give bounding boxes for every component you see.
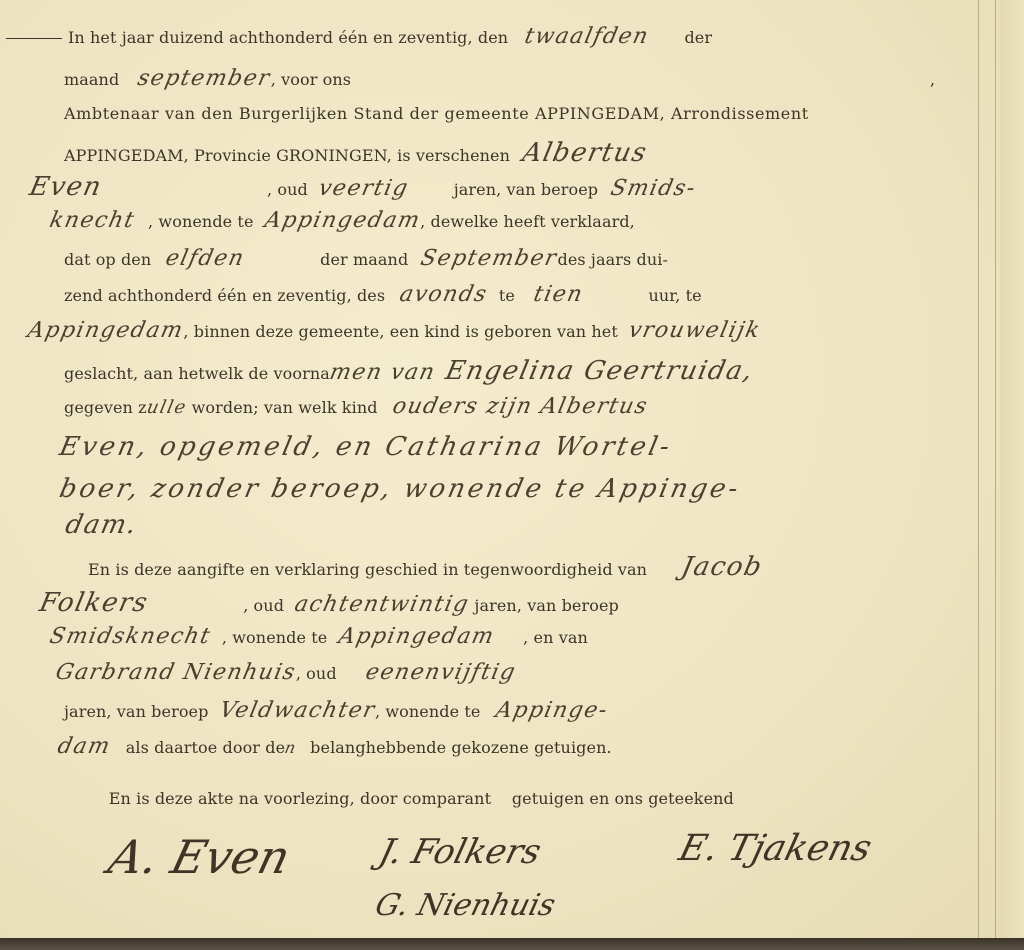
printed-text: jaren, van beroep [64, 702, 208, 721]
page-margin-line [978, 0, 979, 938]
record-line-19: jaren, van beroep Veldwachter, wonende t… [64, 698, 607, 723]
handwritten-residence: Appingedam [262, 208, 423, 233]
handwritten-witness1-surname: Folkers [37, 588, 151, 618]
printed-text: , en van [523, 628, 588, 647]
printed-text: , oud [296, 664, 337, 683]
signature-declarant: A. Even [103, 830, 295, 884]
handwritten-child-names: Engelina Geertruida, [443, 356, 757, 386]
record-line-2: maand september, voor ons [64, 66, 351, 91]
printed-text: zend achthonderd één en zeventig, des [64, 286, 385, 305]
printed-text: uur, te [648, 286, 701, 305]
handwritten-residence-cont: dam. [63, 510, 140, 540]
handwritten-residence-cont: dam [55, 734, 113, 759]
record-line-4: APPINGEDAM, Provincie GRONINGEN, is vers… [64, 138, 647, 168]
handwritten-sex: vrouwelijk [626, 318, 763, 343]
printed-text: , binnen deze gemeente, een kind is gebo… [183, 322, 617, 341]
handwritten-text: men van [327, 360, 438, 385]
handwritten-birth-month: September [419, 246, 560, 271]
signature-witness-2: G. Nienhuis [372, 888, 559, 923]
handwritten-occupation-cont: knecht [47, 208, 137, 233]
printed-text: En is deze aangifte en verklaring geschi… [88, 560, 647, 579]
record-line-16: Folkers , oud achtentwintig jaren, van b… [40, 588, 619, 618]
printed-text: maand [64, 70, 119, 89]
printed-text: gegeven z [64, 398, 147, 417]
handwritten-parents: ouders zijn Albertus [390, 394, 650, 419]
record-line-11: gegeven zulle worden; van welk kind oude… [64, 394, 648, 419]
handwritten-witness2-residence: Appinge- [493, 698, 610, 723]
printed-text: Ambtenaar van den Burgerlijken Stand der… [64, 104, 809, 123]
handwritten-parents-cont: Even, opgemeld, en Catharina Wortel- [57, 432, 675, 462]
printed-text: APPINGEDAM, Provincie GRONINGEN, is vers… [64, 146, 510, 165]
printed-text: , oud [267, 180, 308, 199]
printed-text: te [499, 286, 515, 305]
printed-text: , oud [243, 596, 284, 615]
record-line-2-comma: , [930, 70, 935, 89]
handwritten-correction: n [283, 738, 299, 757]
printed-text: In het jaar duizend achthonderd één en z… [68, 28, 508, 47]
record-line-7: dat op den elfden der maand Septemberdes… [64, 246, 668, 271]
printed-text: jaren, van beroep [474, 596, 618, 615]
signature-witness-1: J. Folkers [375, 832, 545, 872]
record-line-12: Even, opgemeld, en Catharina Wortel- [60, 432, 672, 462]
record-line-15: En is deze aangifte en verklaring geschi… [88, 552, 763, 582]
record-line-18: Garbrand Nienhuis, oud eenenvijftig [56, 660, 516, 685]
handwritten-declarant-firstname: Albertus [520, 138, 650, 168]
printed-text: worden; van welk kind [192, 398, 378, 417]
record-line-20: dam als daartoe door den belanghebbende … [58, 734, 612, 759]
handwritten-witness1-residence: Appingedam [336, 624, 497, 649]
handwritten-time-of-day: avonds [398, 282, 491, 307]
record-line-14: dam. [66, 510, 137, 540]
record-line-21: En is deze akte na voorlezing, door comp… [88, 770, 734, 827]
handwritten-witness2-occupation: Veldwachter [217, 698, 378, 723]
printed-text: dat op den [64, 250, 151, 269]
record-line-1: In het jaar duizend achthonderd één en z… [6, 24, 712, 49]
printed-text: belanghebbende gekozene getuigen. [310, 738, 612, 757]
record-line-10: geslacht, aan hetwelk de voornamen van E… [64, 356, 754, 386]
handwritten-declarant-surname: Even [27, 172, 105, 202]
record-line-8: zend achthonderd één en zeventig, des av… [64, 282, 702, 307]
handwritten-birthplace: Appingedam [25, 318, 186, 343]
handwritten-witness1-age: achtentwintig [293, 592, 472, 617]
handwritten-witness2-age: eenenvijftig [363, 660, 518, 685]
record-line-17: Smidsknecht , wonende te Appingedam , en… [50, 624, 588, 649]
handwritten-month: september [136, 66, 274, 91]
handwritten-occupation: Smids- [609, 176, 699, 201]
book-bottom-edge [0, 938, 1024, 950]
printed-text: der [684, 28, 712, 47]
adjacent-page-edge [1000, 0, 1024, 938]
handwritten-correction: ulle [144, 397, 188, 418]
record-line-6: knecht , wonende te Appingedam, dewelke … [50, 208, 635, 233]
printed-text: jaren, van beroep [454, 180, 598, 199]
record-line-5: Even , oud veertig jaren, van beroep Smi… [30, 172, 696, 202]
handwritten-mother-details: boer, zonder beroep, wonende te Appinge- [57, 474, 744, 504]
handwritten-witness1-occupation: Smidsknecht [47, 624, 213, 649]
printed-text: , wonende te [375, 702, 480, 721]
record-line-9: Appingedam, binnen deze gemeente, een ki… [28, 318, 761, 343]
printed-text: , [930, 70, 935, 89]
printed-text: des jaars dui- [558, 250, 668, 269]
handwritten-birth-day: elfden [164, 246, 248, 271]
page-margin-line-2 [995, 0, 996, 938]
signature-official: E. Tjakens [675, 828, 876, 869]
handwritten-hour: tien [532, 282, 586, 307]
handwritten-day: twaalfden [523, 24, 652, 49]
record-line-3: Ambtenaar van den Burgerlijken Stand der… [64, 104, 809, 123]
handwritten-witness1-firstname: Jacob [679, 552, 766, 582]
printed-text: , dewelke heeft verklaard, [420, 212, 635, 231]
printed-text: der maand [320, 250, 408, 269]
printed-text: , voor ons [271, 70, 351, 89]
printed-text: En is deze akte na voorlezing, door comp… [109, 789, 734, 808]
printed-text: , wonende te [222, 628, 327, 647]
printed-text: geslacht, aan hetwelk de voorna [64, 364, 330, 383]
handwritten-witness2-name: Garbrand Nienhuis [53, 660, 298, 685]
handwritten-age: veertig [316, 176, 411, 201]
leader-rule [6, 38, 62, 39]
printed-text: , wonende te [148, 212, 253, 231]
document-page: In het jaar duizend achthonderd één en z… [0, 0, 1000, 938]
record-line-13: boer, zonder beroep, wonende te Appinge- [60, 474, 740, 504]
printed-text: als daartoe door de [126, 738, 285, 757]
